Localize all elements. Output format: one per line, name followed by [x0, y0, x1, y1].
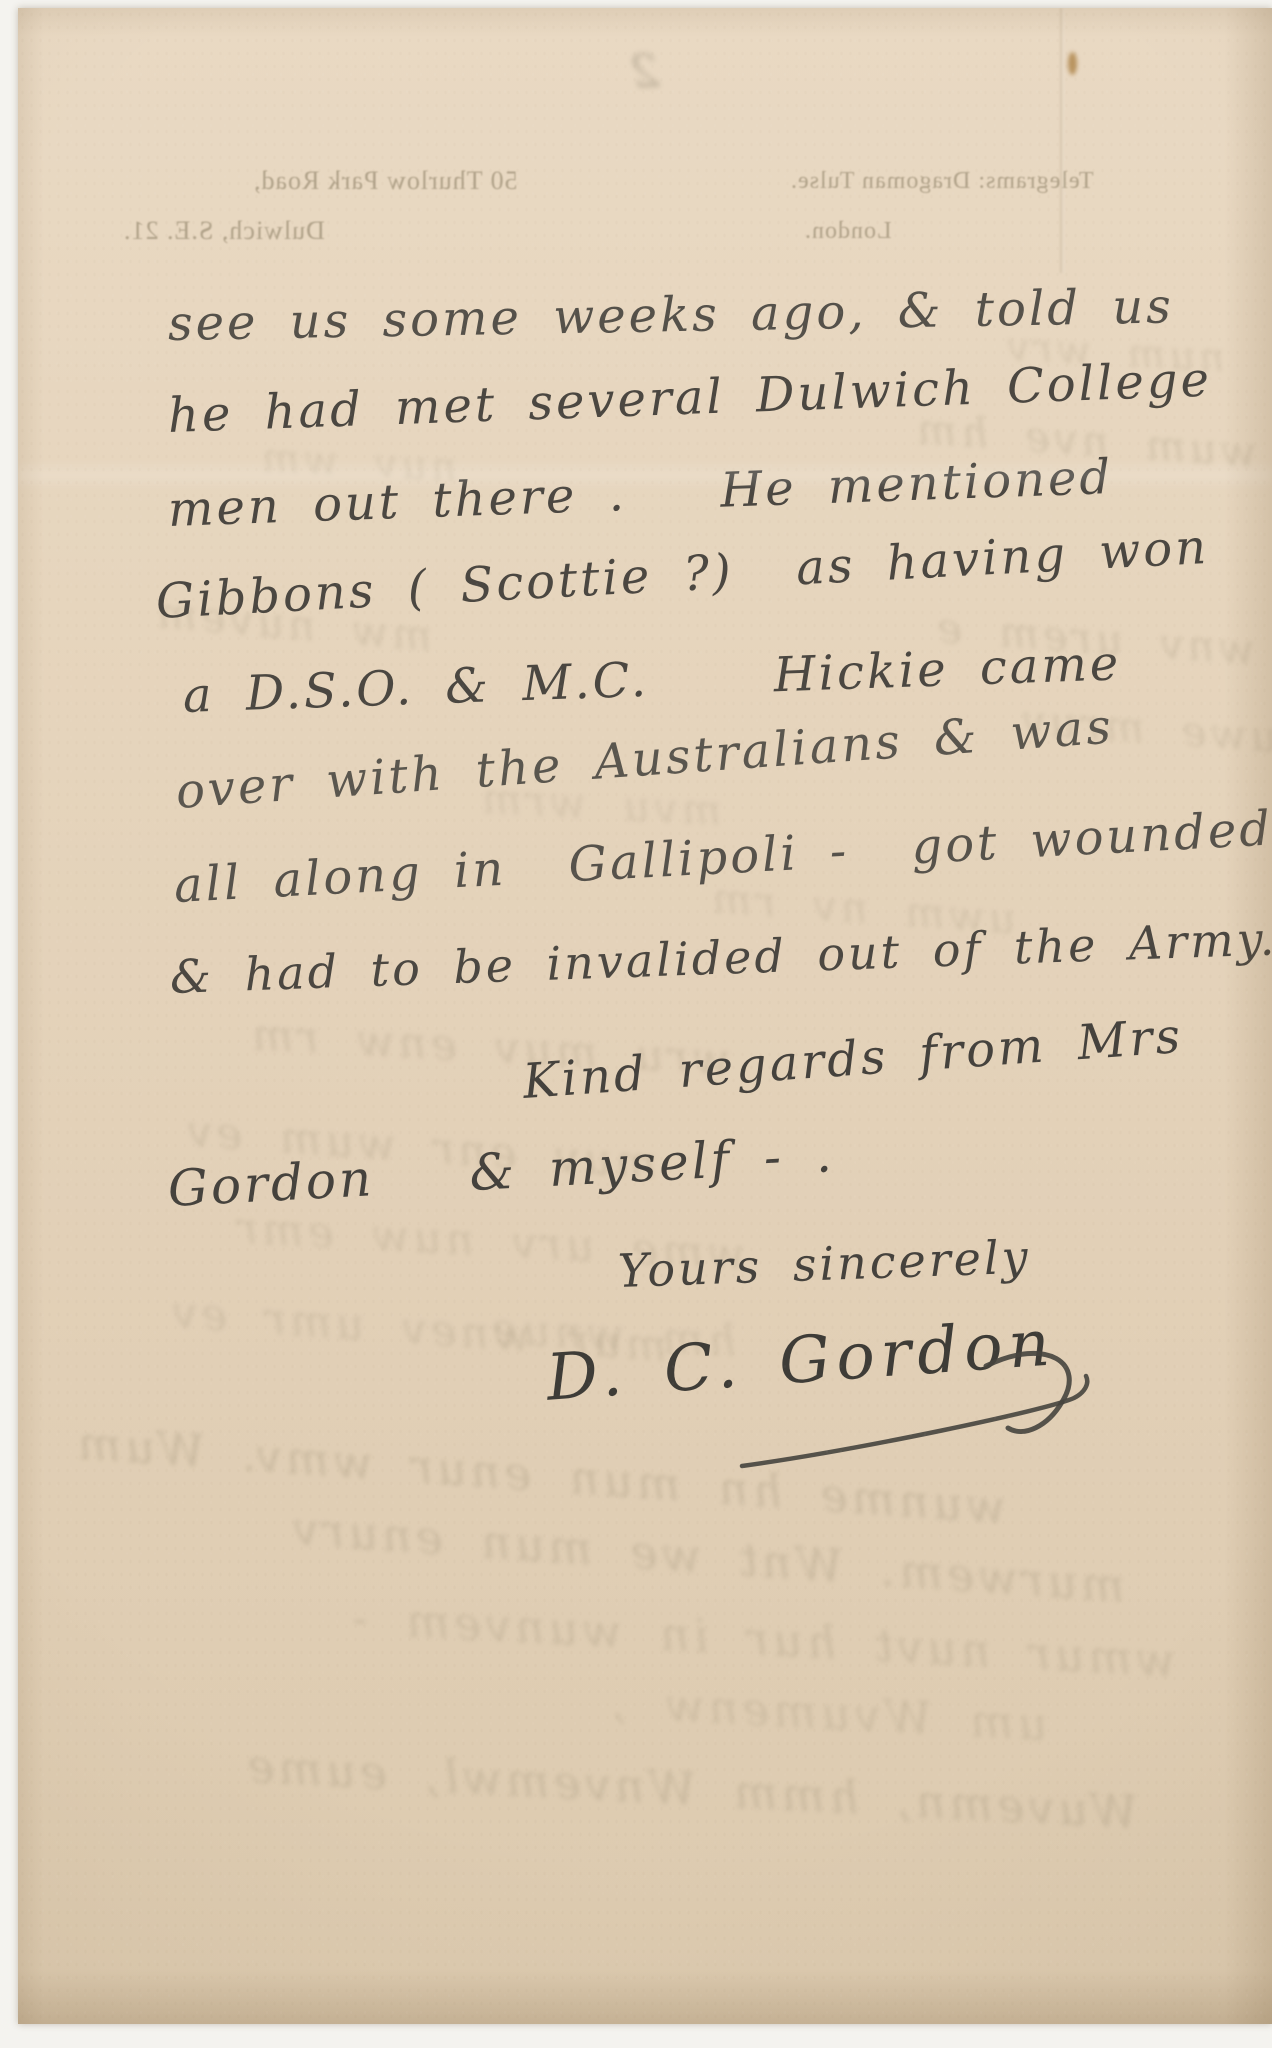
letterhead-address-bleedthrough: 50 Thurlow Park Road,: [253, 166, 518, 196]
handwriting-line: & had to be invalided out of the Army.: [169, 911, 1272, 1004]
letterhead-telegrams-bleedthrough: Telegrams: Dragoman Tulse.: [790, 168, 1094, 195]
paper-fold-streak: [18, 460, 1272, 490]
signature-flourish-stroke: [718, 1344, 1188, 1504]
letter-page: 50 Thurlow Park Road, Dulwich, S.E. 21. …: [18, 8, 1272, 2024]
handwriting-line: Kind regards from Mrs: [521, 1008, 1185, 1110]
letterhead-telegrams-city-bleedthrough: London.: [804, 218, 892, 245]
bleedthrough-line: um Wvumenw ,: [607, 1675, 1049, 1752]
letterhead-address-city-bleedthrough: Dulwich, S.E. 21.: [123, 216, 325, 246]
paper-crease: [1060, 8, 1064, 273]
page-number-bleedthrough: 2: [629, 43, 661, 98]
foxing-spot: [1068, 52, 1077, 75]
scan-backing: { "document_kind": "handwritten letter, …: [0, 0, 1272, 2048]
bleedthrough-line: Wuvemn, hmm Wnvemwl, eume: [242, 1739, 1139, 1840]
